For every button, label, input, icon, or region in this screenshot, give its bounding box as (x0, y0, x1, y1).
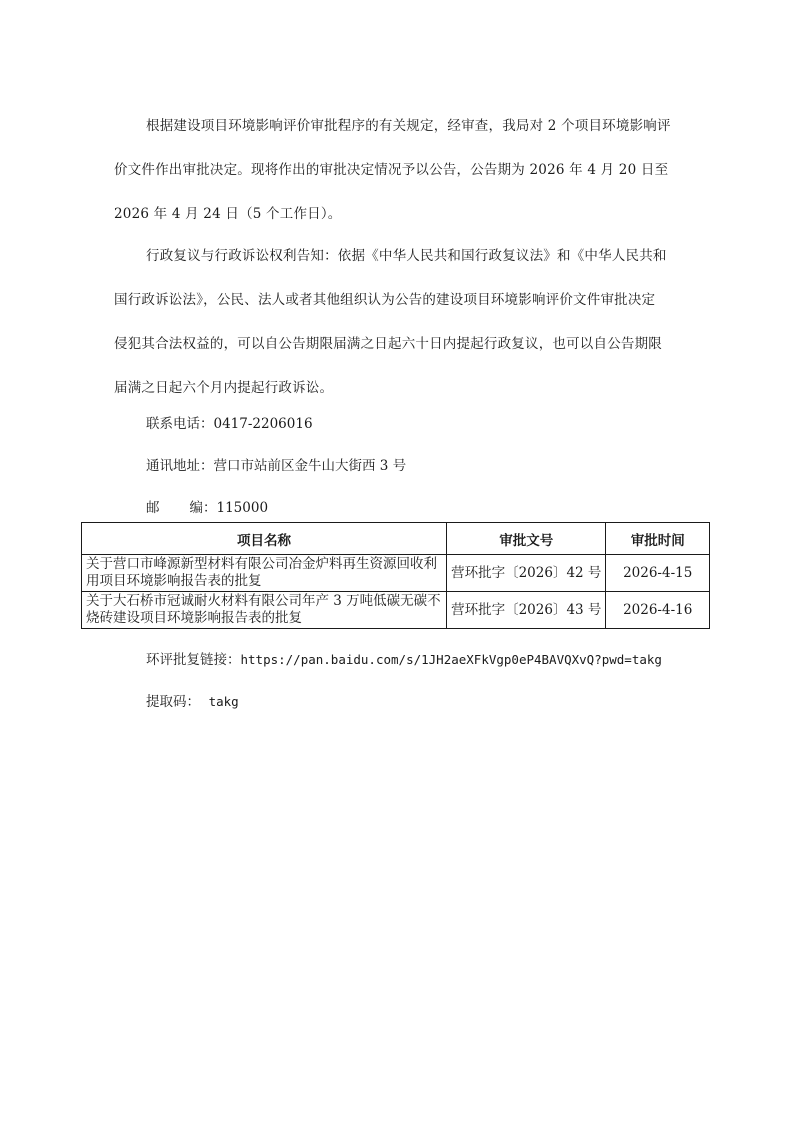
approval-link-line: 环评批复链接：https://pan.baidu.com/s/1JH2aeXFk… (146, 650, 662, 670)
project-name-cell: 关于大石桥市冠诚耐火材料有限公司年产 3 万吨低碳无碳不烧砖建设项目环境影响报告… (82, 592, 447, 629)
postcode-label-1: 邮 (146, 500, 160, 516)
table-header-row: 项目名称 审批文号 审批时间 (82, 523, 710, 555)
rights-line-1: 行政复议与行政诉讼权利告知：依据《中华人民共和国行政复议法》和《中华人民共和 (114, 234, 680, 278)
approval-date-cell: 2026-4-15 (606, 555, 710, 592)
phone-value: 0417-2206016 (214, 416, 313, 432)
phone-label: 联系电话： (146, 416, 214, 432)
contact-postcode: 邮编：115000 (146, 498, 268, 518)
approvals-table: 项目名称 审批文号 审批时间 关于营口市峰源新型材料有限公司冶金炉料再生资源回收… (81, 522, 710, 629)
contact-address: 通讯地址：营口市站前区金牛山大街西 3 号 (146, 456, 406, 476)
table-row: 关于大石桥市冠诚耐火材料有限公司年产 3 万吨低碳无碳不烧砖建设项目环境影响报告… (82, 592, 710, 629)
rights-notice-paragraph: 行政复议与行政诉讼权利告知：依据《中华人民共和国行政复议法》和《中华人民共和 国… (114, 234, 680, 410)
postcode-value: 115000 (217, 500, 269, 516)
rights-line-3: 侵犯其合法权益的，可以自公告期限届满之日起六十日内提起行政复议，也可以自公告期限 (114, 322, 680, 366)
header-project-name: 项目名称 (82, 523, 447, 555)
link-label: 环评批复链接： (146, 652, 241, 668)
intro-line-1: 根据建设项目环境影响评价审批程序的有关规定，经审查，我局对 2 个项目环境影响评 (114, 104, 680, 148)
approval-link[interactable]: https://pan.baidu.com/s/1JH2aeXFkVgp0eP4… (241, 652, 662, 667)
doc-number-cell: 营环批字〔2026〕43 号 (447, 592, 606, 629)
postcode-label-2: 编： (190, 500, 217, 516)
intro-line-3: 2026 年 4 月 24 日（5 个工作日）。 (114, 192, 680, 236)
extract-code-value: takg (209, 694, 239, 709)
extract-code-label: 提取码： (146, 694, 200, 710)
rights-line-4: 届满之日起六个月内提起行政诉讼。 (114, 366, 680, 410)
intro-paragraph: 根据建设项目环境影响评价审批程序的有关规定，经审查，我局对 2 个项目环境影响评… (114, 104, 680, 236)
intro-line-2: 价文件作出审批决定。现将作出的审批决定情况予以公告，公告期为 2026 年 4 … (114, 148, 680, 192)
header-approval-date: 审批时间 (606, 523, 710, 555)
project-name-cell: 关于营口市峰源新型材料有限公司冶金炉料再生资源回收利用项目环境影响报告表的批复 (82, 555, 447, 592)
doc-number-cell: 营环批字〔2026〕42 号 (447, 555, 606, 592)
rights-line-2: 国行政诉讼法》，公民、法人或者其他组织认为公告的建设项目环境影响评价文件审批决定 (114, 278, 680, 322)
address-value: 营口市站前区金牛山大街西 3 号 (214, 458, 407, 474)
extract-code-line: 提取码： takg (146, 692, 239, 712)
address-label: 通讯地址： (146, 458, 214, 474)
header-doc-number: 审批文号 (447, 523, 606, 555)
approval-date-cell: 2026-4-16 (606, 592, 710, 629)
table-row: 关于营口市峰源新型材料有限公司冶金炉料再生资源回收利用项目环境影响报告表的批复 … (82, 555, 710, 592)
document-page: 根据建设项目环境影响评价审批程序的有关规定，经审查，我局对 2 个项目环境影响评… (0, 0, 793, 1122)
contact-phone: 联系电话：0417-2206016 (146, 414, 313, 434)
